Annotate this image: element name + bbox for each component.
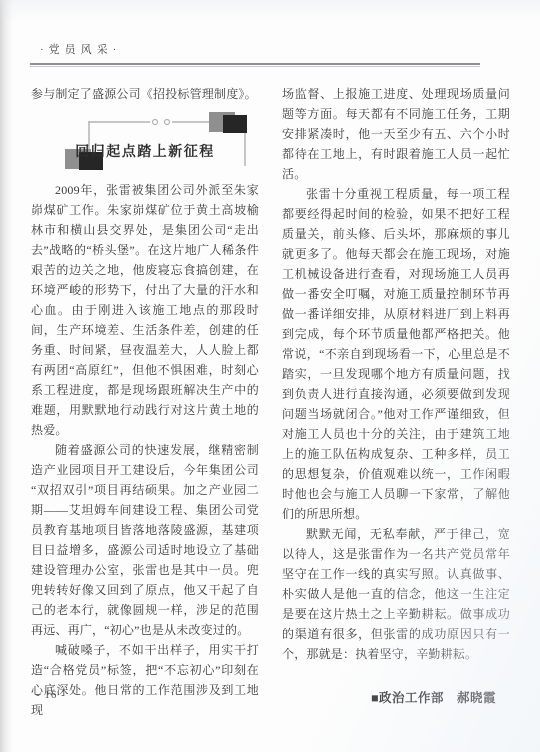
magazine-page: ·党员风采· 参与制定了盛源公司《招投标管理制度》。 (0, 0, 540, 752)
byline: ■政治工作部 郝晓霞 (282, 688, 510, 706)
paragraph: 随着盛源公司的快速发展，继精密制造产业园项目开工建设后，今年集团公司“双招双引”… (31, 440, 259, 640)
section-label: ·党员风采· (40, 41, 121, 57)
header-rule (30, 63, 480, 67)
inline-heading: 回归起点踏上新征程 (31, 141, 259, 161)
header-rule-dark-line (30, 63, 480, 65)
paragraph: 喊破嗓子，不如干出样子，用实干打造“合格党员”标签，把“不忘初心”印刻在心底深处… (31, 640, 259, 720)
paragraph-continuation: 参与制定了盛源公司《招投标管理制度》。 (31, 84, 259, 104)
paragraph-continuation: 场监督、上报施工进度、处理现场质量问题等方面。每天都有不同施工任务，工期安排紧凑… (282, 84, 510, 184)
inline-heading-block: 回归起点踏上新征程 (31, 110, 259, 174)
left-column: 参与制定了盛源公司《招投标管理制度》。 回归起 (31, 84, 259, 720)
article-body: 参与制定了盛源公司《招投标管理制度》。 回归起 (31, 84, 510, 720)
paragraph: 默默无闻，无私奉献，严于律己，宽以待人，这是张雷作为一名共产党员常年坚守在工作一… (282, 524, 510, 664)
paragraph: 2009年，张雷被集团公司外派至朱家峁煤矿工作。朱家峁煤矿位于黄土高坡榆林市和横… (31, 180, 259, 440)
paragraph: 张雷十分重视工程质量，每一项工程都要经得起时间的检验，如果不把好工程质量关，前头… (282, 184, 510, 524)
page-number: - 16 - (36, 689, 66, 701)
right-column: 场监督、上报施工进度、处理现场质量问题等方面。每天都有不同施工任务，工期安排紧凑… (282, 84, 510, 720)
scan-edge-shadow (0, 0, 13, 752)
header-rule-light-line (30, 66, 480, 67)
